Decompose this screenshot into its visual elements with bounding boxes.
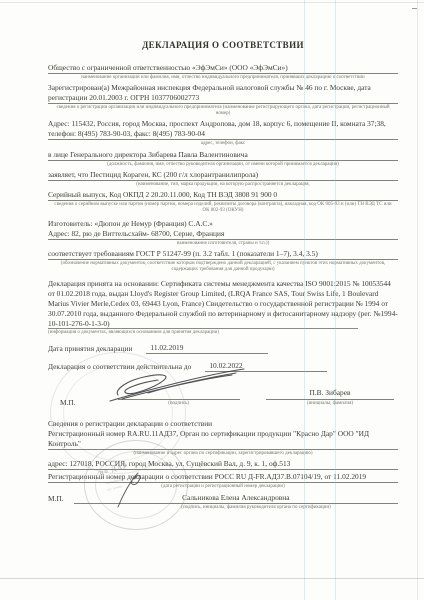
basis-paragraph: Декларация принята на основании: Сертифи… [48,279,398,329]
declarant-address-hint: адрес, телефон, факс [48,140,398,147]
basis-hint: (информация о документах, являющихся осн… [48,329,398,336]
adoption-date-row: Дата принятия декларации 11.02.2019 [48,343,398,354]
manufacturer-line: Изготовитель: «Дюпон де Немур (Франция) … [48,219,398,229]
scan-edge-line-bottom [0,578,424,579]
registration-number-hint: (дата регистрации и регистрационный номе… [48,483,398,490]
signer-initials-name: П.В. Зибарев [266,388,394,400]
registration-number-line: Регистрационный номер декларации о соотв… [48,472,398,483]
stamp-place-label-2: М.П. [48,494,64,504]
declarant-name-hint: наименование организации или фамилия, им… [48,74,398,81]
declarant-signature-block: М.П. (подпись) П.В. Зибарев (инициалы, ф… [48,388,398,407]
registration-body-line: Регистрационный номер RA.RU.11АД37, Орга… [48,429,398,450]
serial-release-line: Серийный выпуск, Код ОКПД 2 20.20.11.000… [48,190,398,201]
representative-line: в лице Генерального директора Зибарева П… [48,150,398,161]
cert-body-address-line: адрес: 127018, РОССИЯ, город Москва, ул.… [48,459,398,470]
valid-until-label: Декларация о соответствии действительна … [48,362,191,372]
product-declares-line: заявляет, что Пестицид Кораген, КС (200 … [48,170,398,181]
signer-name-hint: (инициалы, фамилия) [266,400,394,407]
registration-heading: Сведения о регистрации декларации о соот… [48,419,398,429]
cert-signer-hint: (подпись, инициалы, фамилия руководителя… [48,504,398,511]
standards-hint: (обозначение нормативных документов, соо… [48,260,398,273]
declarant-registration-line: Зарегистрирован(а) Межрайонная инспекция… [48,83,398,104]
declaration-document: ДЕКЛАРАЦИЯ О СООТВЕТСТВИИ Общество с огр… [0,0,424,600]
adoption-date-value: 11.02.2019 [146,343,268,354]
product-declares-hint: (наименование, тип, марка продукции, на … [48,181,398,188]
declarant-registration-hint: сведения о регистрации организации или и… [48,104,398,117]
registration-body-hint: (наименование и адрес органа по сертифик… [48,450,398,457]
serial-release-hint: сведения о серийном выпуске или партии (… [48,201,398,214]
signature-line [118,389,240,400]
declarant-name-line: Общество с ограниченной ответственностью… [48,63,398,74]
manufacturer-hint: наименование изготовителя, страны и т.п.… [48,240,398,247]
cert-signer-name: Сальникова Елена Александровна [74,493,398,504]
valid-until-value: 10.02.2022 [205,361,327,372]
representative-hint: (должность, фамилия, имя, отчество руков… [48,161,398,168]
cert-body-signature-block: М.П. Сальникова Елена Александровна [48,493,398,504]
adoption-date-label: Дата принятия декларации [48,344,132,354]
signature-hint: (подпись) [118,400,240,407]
valid-until-row: Декларация о соответствии действительна … [48,361,398,372]
scan-edge-line-right [417,0,418,600]
stamp-place-label: М.П. [60,398,76,407]
declarant-address-line: Адрес: 115432, Россия, город Москва, про… [48,119,398,140]
standards-line: соответствует требованиям ГОСТ Р 51247-9… [48,249,398,260]
document-title: ДЕКЛАРАЦИЯ О СООТВЕТСТВИИ [48,40,398,50]
scan-edge-line-top [0,2,424,3]
manufacturer-address-line: Адрес: 82, рю де Виттельсхайм- 68700, Се… [48,229,398,240]
scan-mark [412,8,417,9]
